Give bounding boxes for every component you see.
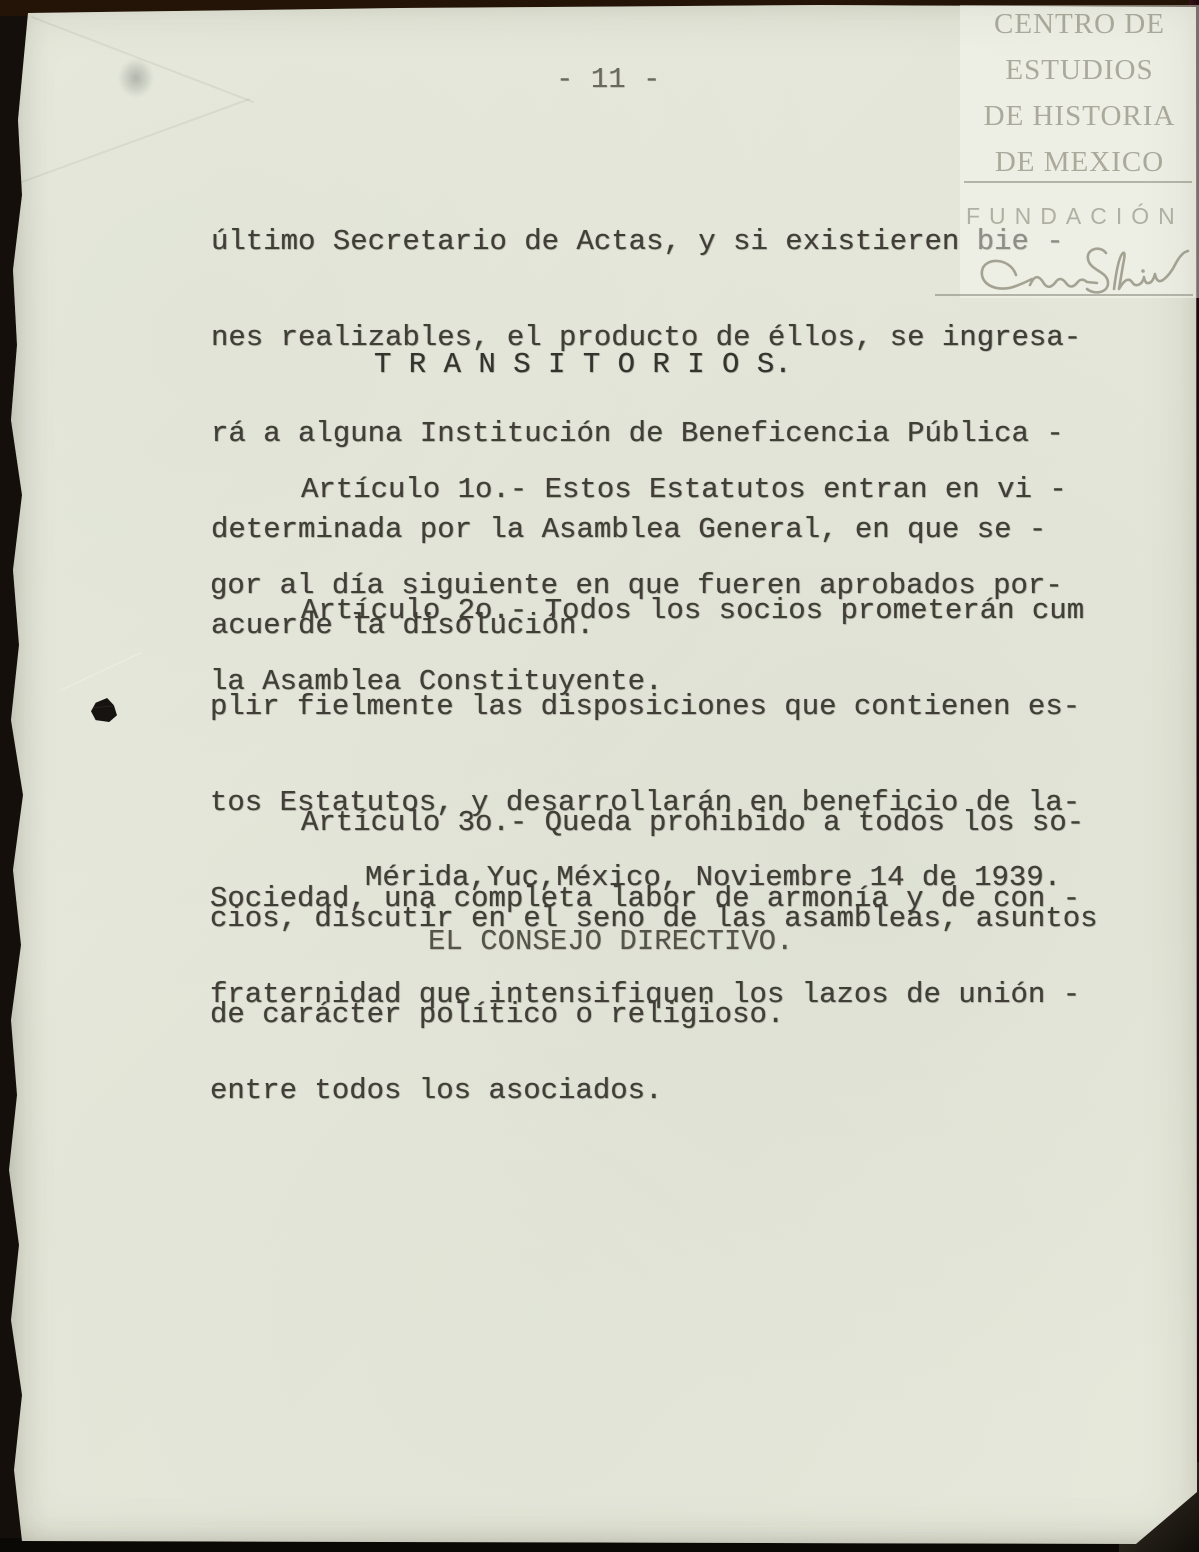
paper-sheet: - 11 - último Secretario de Actas, y si …	[0, 0, 1199, 1552]
ink-smudge	[118, 58, 154, 98]
text-line: plir fielmente las disposiciones que con…	[210, 691, 1084, 723]
signoff-consejo-directivo: EL CONSEJO DIRECTIVO.	[428, 926, 793, 958]
text-line: Artículo 3o.- Queda prohibido a todos lo…	[210, 807, 1098, 839]
text-line: último Secretario de Actas, y si existie…	[211, 226, 1081, 258]
section-heading-transitorios: T R A N S I T O R I O S.	[374, 349, 792, 381]
scanned-document-page: - 11 - último Secretario de Actas, y si …	[0, 0, 1199, 1552]
text-line: de carácter político o religioso.	[210, 999, 1098, 1031]
page-number: - 11 -	[556, 64, 660, 96]
dateline: Mérida,Yuc,México, Noviembre 14 de 1939.	[365, 862, 1061, 894]
punch-hole	[91, 698, 117, 722]
article-3-paragraph: Artículo 3o.- Queda prohibido a todos lo…	[210, 743, 1098, 1095]
fold-crease	[60, 652, 142, 691]
text-line: Artículo 2o.- Todos los socios prometerá…	[210, 595, 1084, 627]
text-line: Artículo 1o.- Estos Estatutos entran en …	[210, 474, 1067, 506]
